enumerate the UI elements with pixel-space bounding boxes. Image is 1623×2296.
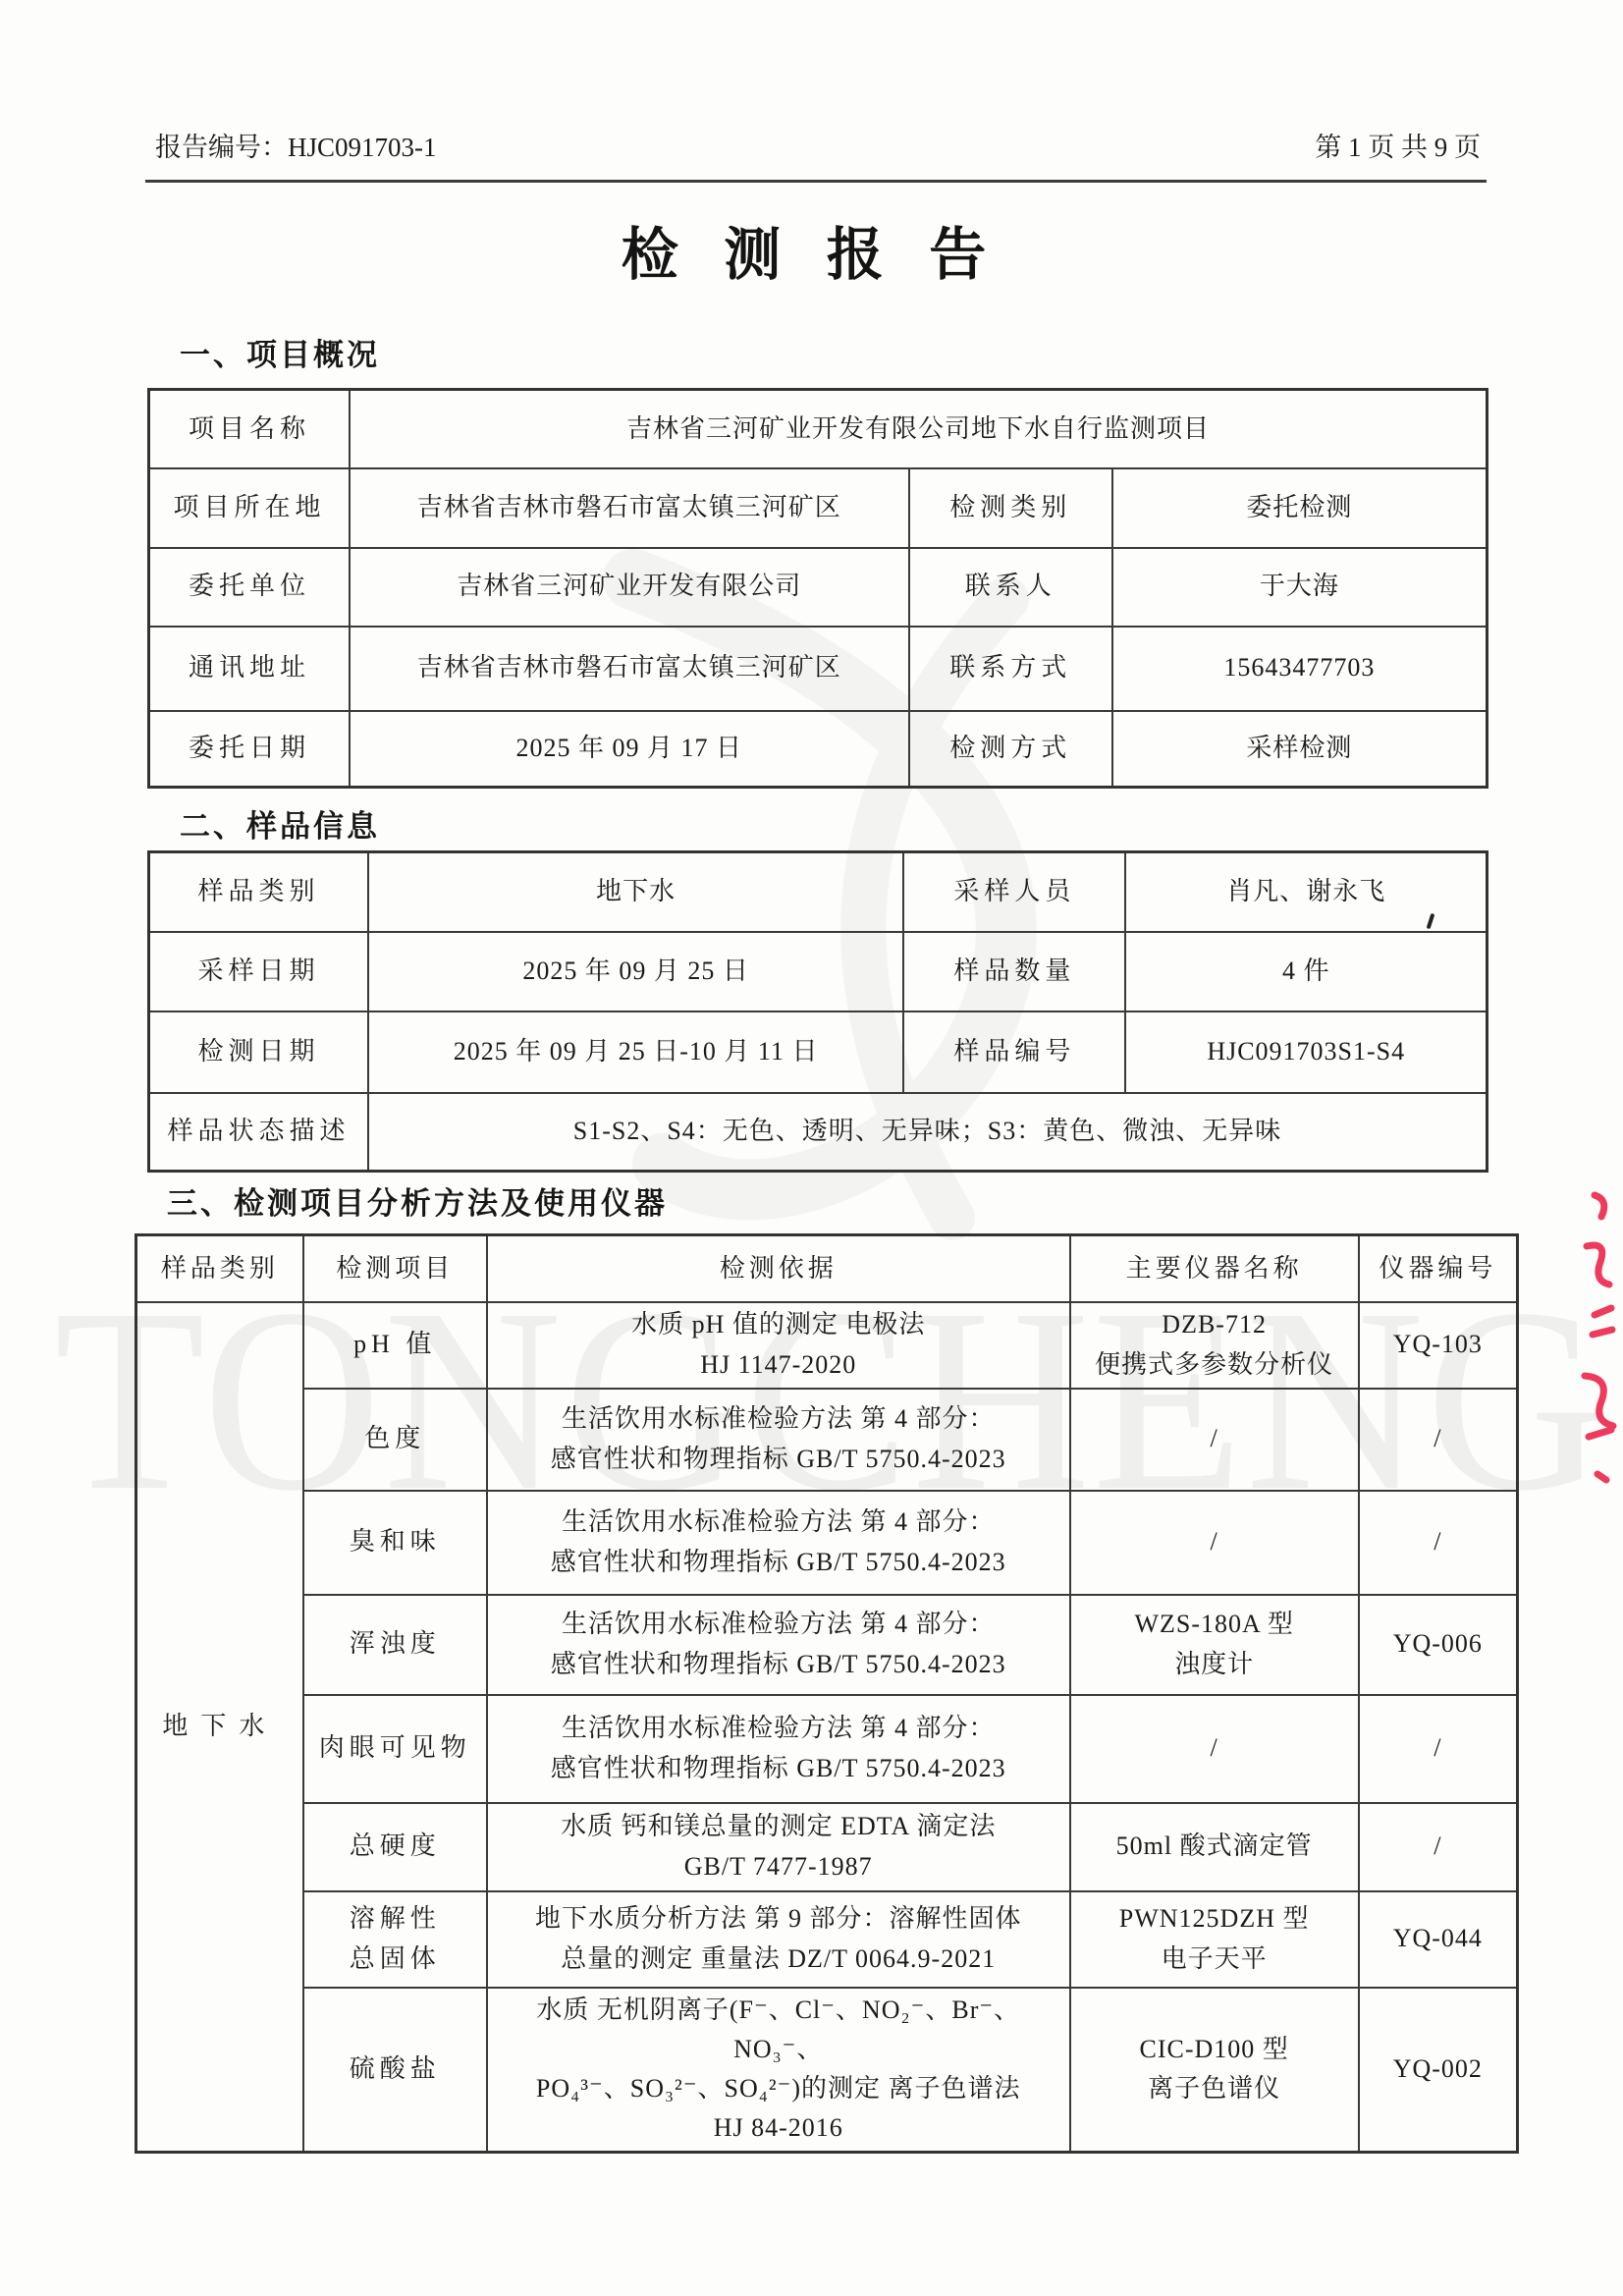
table-row: 项目名称吉林省三河矿业开发有限公司地下水自行监测项目 — [149, 390, 1488, 468]
project-location-label: 项目所在地 — [149, 468, 350, 548]
test-date-label: 检测日期 — [149, 1011, 369, 1093]
item-odor: 臭和味 — [303, 1491, 487, 1595]
project-info-table: 项目名称吉林省三河矿业开发有限公司地下水自行监测项目项目所在地吉林省吉林市磐石市… — [147, 388, 1488, 789]
instrument-no-visible: / — [1359, 1695, 1518, 1803]
item-ph: pH 值 — [303, 1302, 487, 1389]
method-col-header-0: 样品类别 — [136, 1235, 303, 1302]
basis-sulfate: 水质 无机阴离子(F⁻、Cl⁻、NO₂⁻、Br⁻、NO₃⁻、PO₄³⁻、SO₃²… — [487, 1988, 1070, 2153]
table-row: 肉眼可见物生活饮用水标准检验方法 第 4 部分：感官性状和物理指标 GB/T 5… — [136, 1695, 1518, 1803]
project-name-value: 吉林省三河矿业开发有限公司地下水自行监测项目 — [350, 390, 1488, 468]
sample-state-value: S1-S2、S4：无色、透明、无异味；S3：黄色、微浊、无异味 — [368, 1093, 1487, 1172]
test-category-label: 检测类别 — [909, 468, 1112, 548]
test-category-value: 委托检测 — [1112, 468, 1488, 548]
sample-state-label: 样品状态描述 — [149, 1093, 369, 1172]
basis-tds: 地下水质分析方法 第 9 部分：溶解性固体总量的测定 重量法 DZ/T 0064… — [487, 1891, 1070, 1988]
instrument-tds: PWN125DZH 型电子天平 — [1070, 1891, 1359, 1988]
project-location-value: 吉林省吉林市磐石市富太镇三河矿区 — [350, 468, 909, 548]
table-row: 委托单位吉林省三河矿业开发有限公司联系人于大海 — [149, 548, 1488, 627]
item-tds: 溶解性总固体 — [303, 1891, 487, 1988]
table-row: 采样日期2025 年 09 月 25 日样品数量4 件 — [149, 932, 1488, 1011]
contact-person-value: 于大海 — [1112, 548, 1488, 627]
instrument-no-chroma: / — [1359, 1389, 1518, 1491]
commission-date-value: 2025 年 09 月 17 日 — [350, 711, 909, 788]
contact-person-label: 联系人 — [909, 548, 1112, 627]
contact-phone-value: 15643477703 — [1112, 627, 1488, 711]
basis-chroma: 生活饮用水标准检验方法 第 4 部分：感官性状和物理指标 GB/T 5750.4… — [487, 1389, 1070, 1491]
sample-count-label: 样品数量 — [903, 932, 1125, 1011]
table-row: 总硬度水质 钙和镁总量的测定 EDTA 滴定法GB/T 7477-198750m… — [136, 1803, 1518, 1891]
instrument-no-hardness: / — [1359, 1803, 1518, 1891]
sampler-label: 采样人员 — [903, 852, 1125, 932]
report-page: TONGCHENG 报告编号：HJC091703-1 第 1 页 共 9 页 检… — [0, 0, 1623, 2296]
item-sulfate: 硫酸盐 — [303, 1988, 487, 2153]
address-label: 通讯地址 — [149, 627, 350, 711]
test-date-value: 2025 年 09 月 25 日-10 月 11 日 — [368, 1011, 903, 1093]
table-row: 样品类别地下水采样人员肖凡、谢永飞 — [149, 852, 1488, 932]
method-col-header-3: 主要仪器名称 — [1070, 1235, 1359, 1302]
basis-ph: 水质 pH 值的测定 电极法HJ 1147-2020 — [487, 1302, 1070, 1389]
table-row: 样品状态描述S1-S2、S4：无色、透明、无异味；S3：黄色、微浊、无异味 — [149, 1093, 1488, 1172]
sampling-date-value: 2025 年 09 月 25 日 — [368, 932, 903, 1011]
instrument-odor: / — [1070, 1491, 1359, 1595]
client-label: 委托单位 — [149, 548, 350, 627]
basis-odor: 生活饮用水标准检验方法 第 4 部分：感官性状和物理指标 GB/T 5750.4… — [487, 1491, 1070, 1595]
sample-id-label: 样品编号 — [903, 1011, 1125, 1093]
instrument-sulfate: CIC-D100 型离子色谱仪 — [1070, 1988, 1359, 2153]
item-chroma: 色度 — [303, 1389, 487, 1491]
instrument-no-ph: YQ-103 — [1359, 1302, 1518, 1389]
instrument-hardness: 50ml 酸式滴定管 — [1070, 1803, 1359, 1891]
section-heading-project: 一、项目概况 — [180, 330, 380, 374]
address-value: 吉林省吉林市磐石市富太镇三河矿区 — [350, 627, 909, 711]
item-turbidity: 浑浊度 — [303, 1595, 487, 1695]
project-name-label: 项目名称 — [149, 390, 350, 468]
report-number: 报告编号：HJC091703-1 — [155, 126, 437, 164]
test-method-value: 采样检测 — [1112, 711, 1488, 788]
basis-hardness: 水质 钙和镁总量的测定 EDTA 滴定法GB/T 7477-1987 — [487, 1803, 1070, 1891]
sample-info-table: 样品类别地下水采样人员肖凡、谢永飞采样日期2025 年 09 月 25 日样品数… — [147, 850, 1488, 1173]
page-header: 报告编号：HJC091703-1 第 1 页 共 9 页 — [155, 126, 1481, 164]
table-row: 浑浊度生活饮用水标准检验方法 第 4 部分：感官性状和物理指标 GB/T 575… — [136, 1595, 1518, 1695]
method-col-header-4: 仪器编号 — [1359, 1235, 1518, 1302]
table-row: 委托日期2025 年 09 月 17 日检测方式采样检测 — [149, 711, 1488, 788]
table-row: 项目所在地吉林省吉林市磐石市富太镇三河矿区检测类别委托检测 — [149, 468, 1488, 548]
sample-type-label: 样品类别 — [149, 852, 369, 932]
document-title: 检 测 报 告 — [0, 208, 1623, 291]
sample-id-value: HJC091703S1-S4 — [1125, 1011, 1487, 1093]
instrument-no-sulfate: YQ-002 — [1359, 1988, 1518, 2153]
method-col-header-2: 检测依据 — [487, 1235, 1070, 1302]
commission-date-label: 委托日期 — [149, 711, 350, 788]
test-method-label: 检测方式 — [909, 711, 1112, 788]
method-col-header-1: 检测项目 — [303, 1235, 487, 1302]
instrument-turbidity: WZS-180A 型浊度计 — [1070, 1595, 1359, 1695]
header-rule — [145, 180, 1487, 183]
table-row: 臭和味生活饮用水标准检验方法 第 4 部分：感官性状和物理指标 GB/T 575… — [136, 1491, 1518, 1595]
instrument-ph: DZB-712便携式多参数分析仪 — [1070, 1302, 1359, 1389]
instrument-no-odor: / — [1359, 1491, 1518, 1595]
client-value: 吉林省三河矿业开发有限公司 — [350, 548, 909, 627]
page-number: 第 1 页 共 9 页 — [1315, 126, 1481, 164]
instrument-no-turbidity: YQ-006 — [1359, 1595, 1518, 1695]
table-row: 通讯地址吉林省吉林市磐石市富太镇三河矿区联系方式15643477703 — [149, 627, 1488, 711]
sample-count-value: 4 件 — [1125, 932, 1487, 1011]
item-hardness: 总硬度 — [303, 1803, 487, 1891]
basis-visible: 生活饮用水标准检验方法 第 4 部分：感官性状和物理指标 GB/T 5750.4… — [487, 1695, 1070, 1803]
table-row: 色度生活饮用水标准检验方法 第 4 部分：感官性状和物理指标 GB/T 5750… — [136, 1389, 1518, 1491]
instrument-no-tds: YQ-044 — [1359, 1891, 1518, 1988]
section-heading-sample: 二、样品信息 — [180, 801, 380, 846]
method-instrument-table: 样品类别检测项目检测依据主要仪器名称仪器编号 地下水pH 值水质 pH 值的测定… — [135, 1233, 1519, 2154]
method-table-header-row: 样品类别检测项目检测依据主要仪器名称仪器编号 — [136, 1235, 1518, 1302]
table-row: 检测日期2025 年 09 月 25 日-10 月 11 日样品编号HJC091… — [149, 1011, 1488, 1093]
red-margin-marks — [1565, 1183, 1623, 1488]
basis-turbidity: 生活饮用水标准检验方法 第 4 部分：感官性状和物理指标 GB/T 5750.4… — [487, 1595, 1070, 1695]
instrument-chroma: / — [1070, 1389, 1359, 1491]
item-visible: 肉眼可见物 — [303, 1695, 487, 1803]
sample-type-value: 地下水 — [368, 852, 903, 932]
table-row: 硫酸盐水质 无机阴离子(F⁻、Cl⁻、NO₂⁻、Br⁻、NO₃⁻、PO₄³⁻、S… — [136, 1988, 1518, 2153]
sample-category-cell: 地下水 — [136, 1302, 303, 2153]
table-row: 地下水pH 值水质 pH 值的测定 电极法HJ 1147-2020DZB-712… — [136, 1302, 1518, 1389]
instrument-visible: / — [1070, 1695, 1359, 1803]
section-heading-method: 三、检测项目分析方法及使用仪器 — [167, 1178, 668, 1223]
sampling-date-label: 采样日期 — [149, 932, 369, 1011]
contact-phone-label: 联系方式 — [909, 627, 1112, 711]
table-row: 溶解性总固体地下水质分析方法 第 9 部分：溶解性固体总量的测定 重量法 DZ/… — [136, 1891, 1518, 1988]
